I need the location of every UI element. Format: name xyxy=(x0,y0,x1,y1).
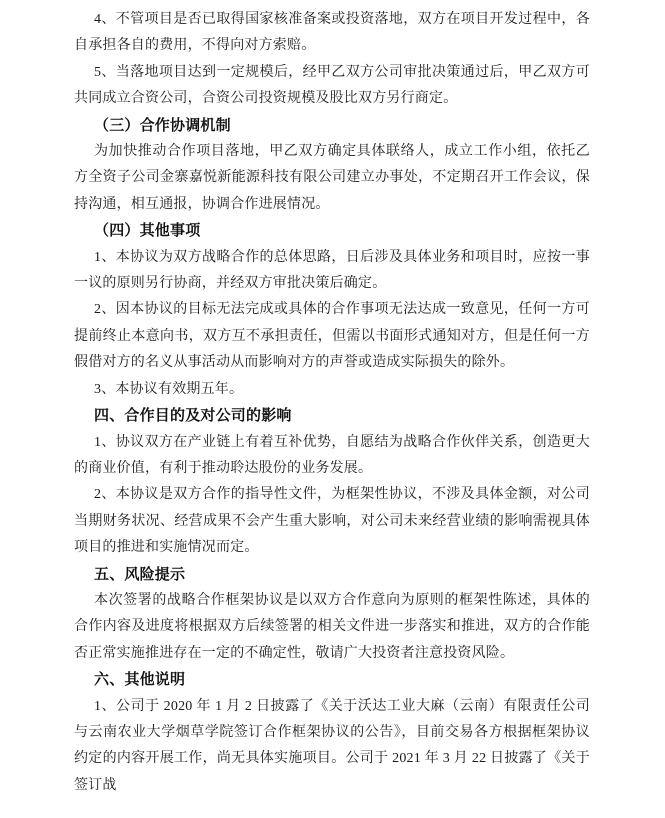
paragraph-termination-terms: 2、因本协议的目标无法完成或具体的合作事项无法达成一致意见，任何一方可提前终止本… xyxy=(74,297,590,376)
paragraph-risk-statement: 本次签署的战略合作框架协议是以双方合作意向为原则的框架性陈述，具体的合作内容及进… xyxy=(74,588,590,667)
paragraph-overall-framework: 1、本协议为双方战略合作的总体思路，日后涉及具体业务和项目时，应按一事一议的原则… xyxy=(74,245,590,298)
heading-risk-warning: 五、风险提示 xyxy=(74,562,590,588)
paragraph-liaison-office: 为加快推动合作项目落地，甲乙双方确定具体联络人，成立工作小组，依托乙方全资子公司… xyxy=(74,139,590,218)
paragraph-strategic-partnership: 1、协议双方在产业链上有着互补优势，自愿结为战略合作伙伴关系，创造更大的商业价值… xyxy=(74,430,590,483)
heading-other-notes: 六、其他说明 xyxy=(74,667,590,693)
paragraph-validity-period: 3、本协议有效期五年。 xyxy=(74,377,590,403)
heading-cooperation-mechanism: （三）合作协调机制 xyxy=(74,113,590,139)
paragraph-financial-impact: 2、本协议是双方合作的指导性文件，为框架性协议，不涉及具体金额，对公司当期财务状… xyxy=(74,482,590,561)
paragraph-joint-venture: 5、当落地项目达到一定规模后，经甲乙双方公司审批决策通过后，甲乙双方可共同成立合… xyxy=(74,60,590,113)
document-page: 4、不管项目是否已取得国家核准备案或投资落地，双方在项目开发过程中，各自承担各自… xyxy=(0,0,665,818)
document-content: 4、不管项目是否已取得国家核准备案或投资落地，双方在项目开发过程中，各自承担各自… xyxy=(74,7,590,799)
paragraph-prior-disclosures: 1、公司于 2020 年 1 月 2 日披露了《关于沃达工业大麻（云南）有限责任… xyxy=(74,694,590,800)
heading-other-matters: （四）其他事项 xyxy=(74,218,590,244)
paragraph-project-costs: 4、不管项目是否已取得国家核准备案或投资落地，双方在项目开发过程中，各自承担各自… xyxy=(74,7,590,60)
heading-purpose-and-impact: 四、合作目的及对公司的影响 xyxy=(74,403,590,429)
